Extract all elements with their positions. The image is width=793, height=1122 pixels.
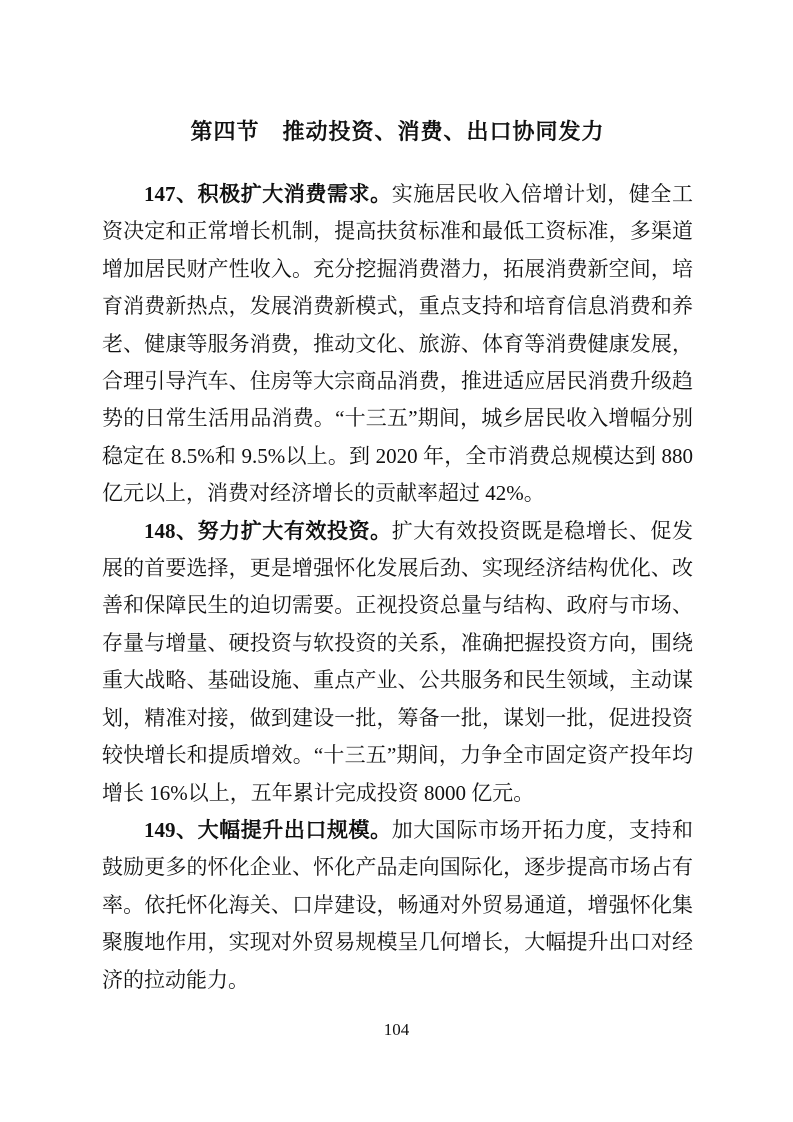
paragraph-149-body: 加大国际市场开拓力度，支持和鼓励更多的怀化企业、怀化产品走向国际化，逐步提高市场… [102, 818, 693, 992]
page-number: 104 [0, 1020, 793, 1040]
paragraph-148-body: 扩大有效投资既是稳增长、促发展的首要选择，更是增强怀化发展后劲、实现经济结构优化… [102, 519, 693, 805]
paragraph-148-lead: 148、努力扩大有效投资。 [144, 519, 392, 543]
paragraph-149: 149、大幅提升出口规模。加大国际市场开拓力度，支持和鼓励更多的怀化企业、怀化产… [102, 812, 693, 999]
document-content: 第四节 推动投资、消费、出口协同发力 147、积极扩大消费需求。实施居民收入倍增… [102, 118, 693, 999]
paragraph-149-lead: 149、大幅提升出口规模。 [144, 818, 392, 842]
paragraph-148: 148、努力扩大有效投资。扩大有效投资既是稳增长、促发展的首要选择，更是增强怀化… [102, 513, 693, 812]
paragraph-147-body: 实施居民收入倍增计划，健全工资决定和正常增长机制，提高扶贫标准和最低工资标准，多… [102, 182, 693, 505]
section-title: 第四节 推动投资、消费、出口协同发力 [102, 118, 693, 146]
paragraph-147: 147、积极扩大消费需求。实施居民收入倍增计划，健全工资决定和正常增长机制，提高… [102, 176, 693, 513]
document-page: 第四节 推动投资、消费、出口协同发力 147、积极扩大消费需求。实施居民收入倍增… [0, 0, 793, 1122]
paragraph-147-lead: 147、积极扩大消费需求。 [144, 182, 392, 206]
